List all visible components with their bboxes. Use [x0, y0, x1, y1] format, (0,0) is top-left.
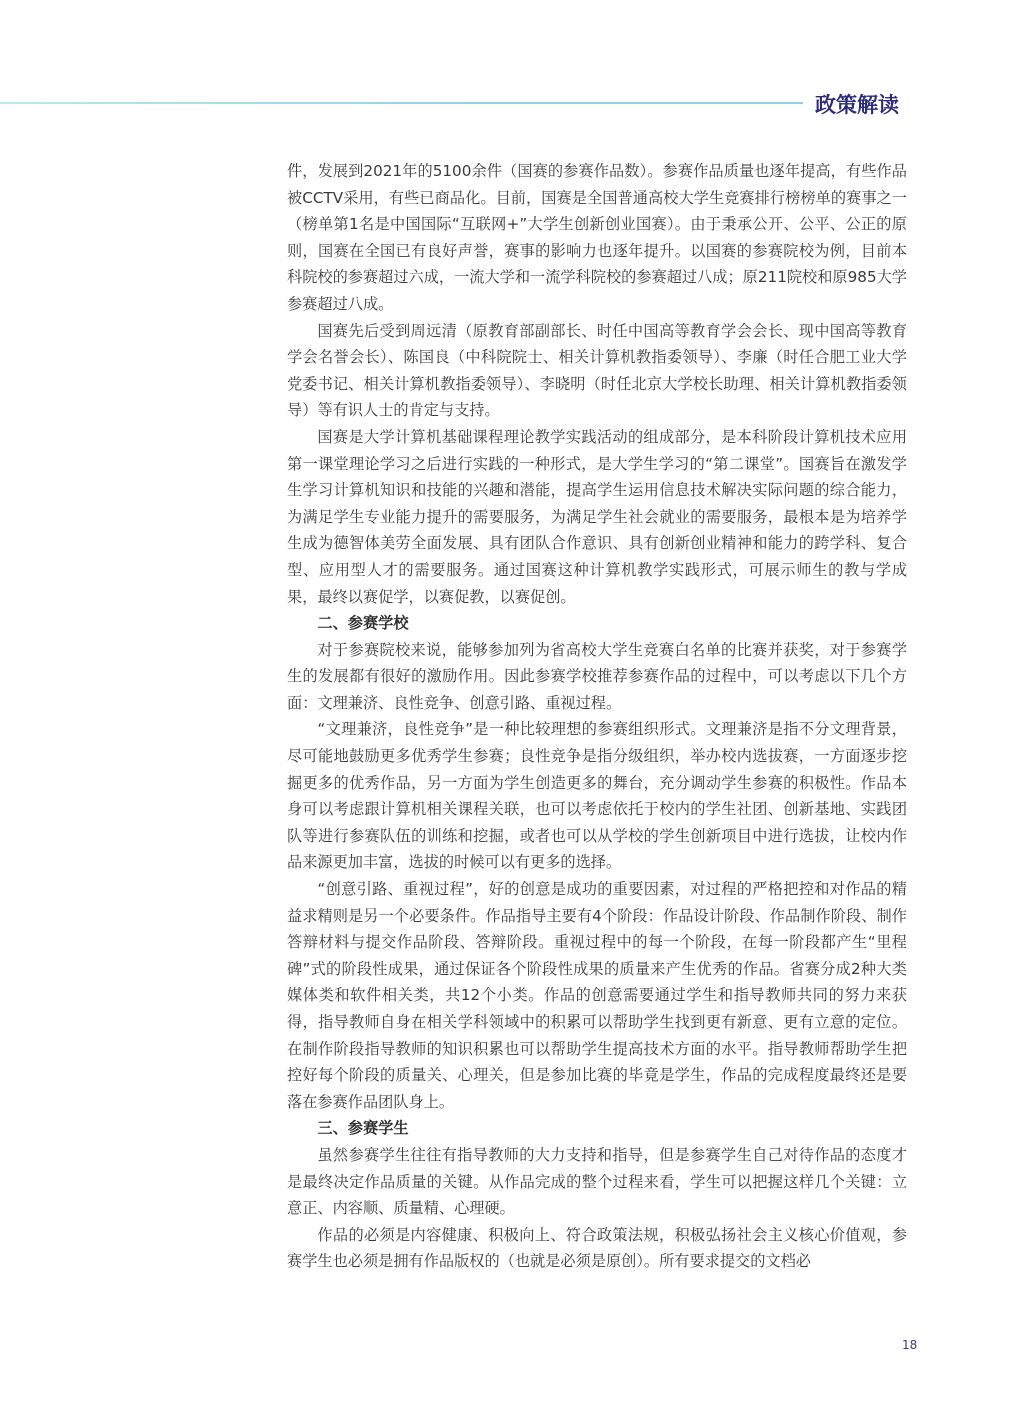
paragraph: 作品的必须是内容健康、积极向上、符合政策法规，积极弘扬社会主义核心价值观，参赛学…: [287, 1222, 907, 1275]
paragraph: 对于参赛院校来说，能够参加列为省高校大学生竞赛白名单的比赛并获奖，对于参赛学生的…: [287, 637, 907, 717]
paragraph: 国赛是大学计算机基础课程理论教学实践活动的组成部分，是本科阶段计算机技术应用第一…: [287, 424, 907, 610]
header-divider-line: [0, 102, 803, 104]
article-body: 件，发展到2021年的5100余件（国赛的参赛作品数）。参赛作品质量也逐年提高，…: [287, 158, 907, 1275]
page-number: 18: [902, 1338, 917, 1352]
paragraph: 件，发展到2021年的5100余件（国赛的参赛作品数）。参赛作品质量也逐年提高，…: [287, 158, 907, 318]
section-heading: 二、参赛学校: [287, 610, 907, 637]
section-heading: 三、参赛学生: [287, 1115, 907, 1142]
paragraph: 国赛先后受到周远清（原教育部副部长、时任中国高等教育学会会长、现中国高等教育学会…: [287, 318, 907, 424]
section-title: 政策解读: [815, 89, 899, 119]
paragraph: 虽然参赛学生往往有指导教师的大力支持和指导，但是参赛学生自己对待作品的态度才是最…: [287, 1142, 907, 1222]
paragraph: “文理兼济，良性竞争”是一种比较理想的参赛组织形式。文理兼济是指不分文理背景，尽…: [287, 716, 907, 876]
paragraph: “创意引路、重视过程”，好的创意是成功的重要因素，对过程的严格把控和对作品的精益…: [287, 876, 907, 1115]
